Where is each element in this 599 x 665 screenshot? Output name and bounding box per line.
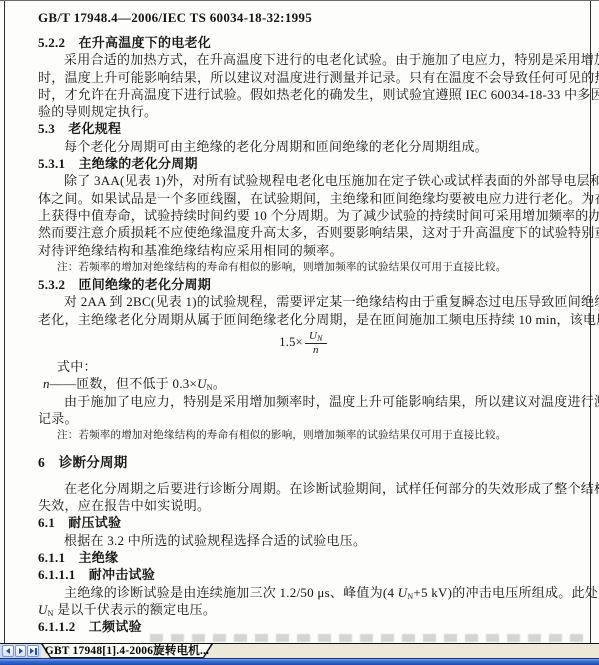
clause-heading: 6.1.1 主绝缘 xyxy=(38,549,568,566)
paragraph-first-line: 对 2AA 到 2BC(见表 1)的试验规程，需要评定某一绝缘结构由于重复瞬态过… xyxy=(38,293,568,310)
clause-heading: 5.3.1 主绝缘的老化分周期 xyxy=(38,155,568,172)
document-tab-label: GBT 17948[1].4-2006旋转电机... xyxy=(41,644,213,658)
formula-where-label: 式中： xyxy=(38,358,568,375)
symbol-definition-line: n——匝数，但不低于 0.3×UN。 xyxy=(38,375,568,392)
section-heading: 6 诊断分周期 xyxy=(38,454,568,471)
paragraph-first-line: 由于施加了电应力，特别是采用增加频率时，温度上升可能影响结果，所以建议对温度进行… xyxy=(38,393,568,410)
note-line: 注：若频率的增加对绝缘结构的寿命有相似的影响，则增加频率的试验结果仅可用于直接比… xyxy=(38,259,568,276)
clause-heading: 5.2.2 在升高温度下的电老化 xyxy=(38,34,568,51)
tab-scroll-right-button[interactable] xyxy=(15,645,27,657)
paragraph-line: 然而要注意介质损耗不应使绝缘温度升高太多，否则要影响结果，这对于升高温度下的试验… xyxy=(38,224,568,241)
document-tab[interactable]: GBT 17948[1].4-2006旋转电机... xyxy=(41,644,213,658)
clause-heading: 6.1.1.1 耐冲击试验 xyxy=(38,566,568,583)
taskbar-edge xyxy=(0,658,599,665)
last-tab-bar xyxy=(35,648,37,655)
voltage-formula: 1.5×UNn xyxy=(38,328,568,358)
right-arrow-icon xyxy=(19,648,23,654)
paragraph-first-line: 采用合适的加热方式，在升高温度下进行的电老化试验。由于施加了电应力，特别是采用增… xyxy=(38,51,568,68)
note-line: 注：若频率的增加对绝缘结构的寿命有相似的影响，则增加频率的试验结果仅可用于直接比… xyxy=(38,427,568,444)
paragraph-line: 验的导则规定执行。 xyxy=(38,103,568,120)
paragraph-line: 对待评绝缘结构和基准绝缘结构应采用相同的频率。 xyxy=(38,242,568,259)
clause-heading: 6.1 耐压试验 xyxy=(38,514,568,531)
document-viewer-window: GB/T 17948.4—2006/IEC TS 60034-18-32:199… xyxy=(0,0,599,665)
paragraph-first-line: 除了 3AA(见表 1)外，对所有试验规程电老化电压施加在定子铁心或试样表面的外… xyxy=(38,172,568,189)
document-id-header: GB/T 17948.4—2006/IEC TS 60034-18-32:199… xyxy=(38,9,568,27)
paragraph-first-line: 每个老化分周期可由主绝缘的老化分周期和匝间绝缘的老化分周期组成。 xyxy=(38,138,568,155)
paragraph-line: 时，才允许在升高温度下进行试验。假如热老化的确发生，则试验宜遵照 IEC 600… xyxy=(38,86,568,103)
left-arrow-icon xyxy=(6,648,10,654)
tab-strip-empty-area xyxy=(213,644,599,658)
clause-heading: 5.3.2 匝间绝缘的老化分周期 xyxy=(38,276,568,293)
paragraph-line: 时，温度上升可能影响结果，所以建议对温度进行测量并记录。只有在温度不会导致任何可… xyxy=(38,69,568,86)
document-content: GB/T 17948.4—2006/IEC TS 60034-18-32:199… xyxy=(0,1,599,643)
paragraph-first-line: 在老化分周期之后要进行诊断分周期。在诊断试验期间，试样任何部分的失效形成了整个结… xyxy=(38,480,568,497)
document-tab-bar: GBT 17948[1].4-2006旋转电机... xyxy=(0,643,599,658)
tab-nav-buttons xyxy=(0,644,41,658)
last-tab-icon xyxy=(30,648,34,654)
clipped-text-line xyxy=(150,634,585,642)
paragraph-line: 老化，主绝缘老化分周期从属于匝间绝缘老化分周期，是在匝间施加工频电压持续 10 … xyxy=(38,311,568,328)
paragraph-first-line: 主绝缘的诊断试验是由连续施加三次 1.2/50 μs、峰值为(4 UN+5 kV… xyxy=(38,584,568,601)
tab-scroll-last-button[interactable] xyxy=(27,645,39,657)
paragraph-first-line: 根据在 3.2 中所选的试验规程选择合适的试验电压。 xyxy=(38,532,568,549)
paragraph-line: UN 是以千伏表示的额定电压。 xyxy=(38,601,568,618)
paragraph-line: 记录。 xyxy=(38,410,568,427)
paragraph-line: 体之间。如果试品是一个多匝线圈，在试验期间，主绝缘和匝间绝缘均要被电应力进行老化… xyxy=(38,190,568,207)
tab-scroll-left-button[interactable] xyxy=(2,645,14,657)
paragraph-line: 上获得中值寿命，试验持续时间约要 10 个分周期。为了减少试验的持续时间可采用增… xyxy=(38,207,568,224)
clause-heading: 6.1.1.2 工频试验 xyxy=(38,618,568,635)
paragraph-line: 失效，应在报告中如实说明。 xyxy=(38,497,568,514)
clause-heading: 5.3 老化规程 xyxy=(38,120,568,137)
